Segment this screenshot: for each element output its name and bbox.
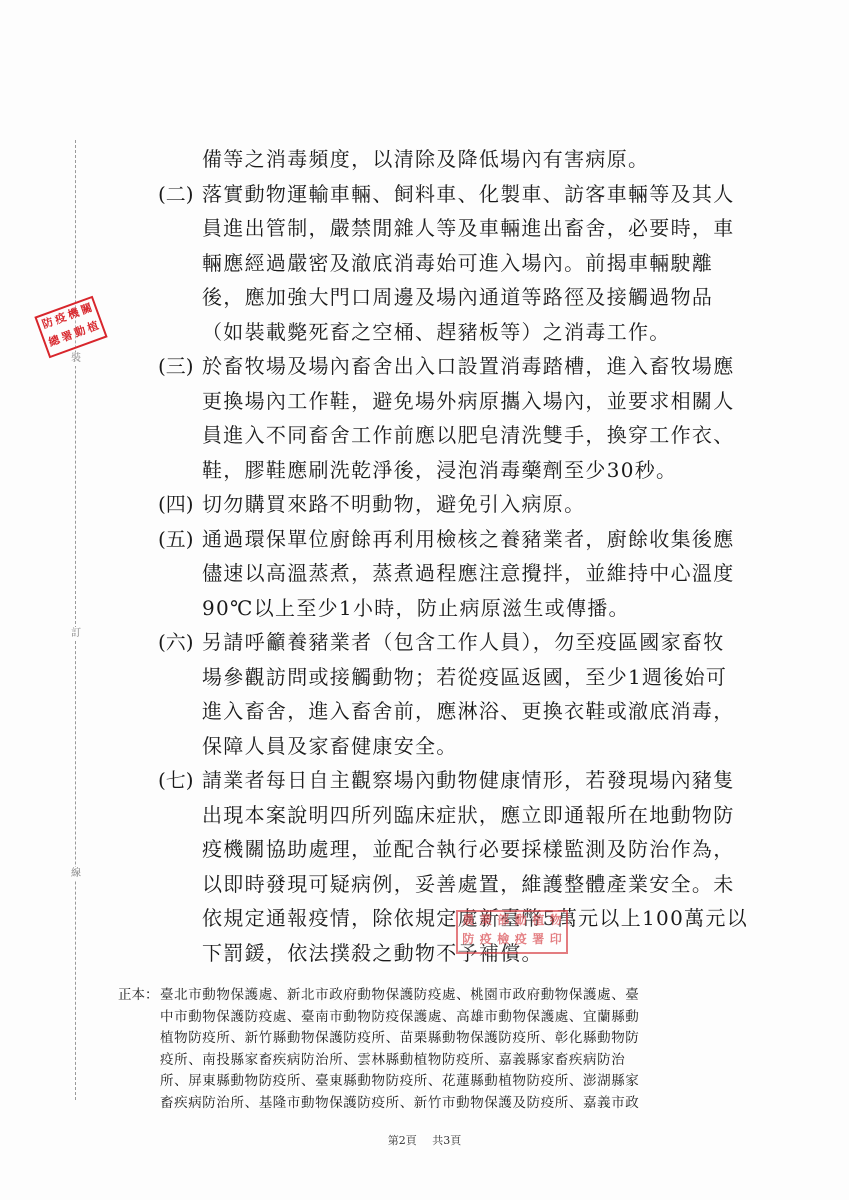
text-line: 員進出管制，嚴禁閒雜人等及車輛進出畜舍，必要時，車 xyxy=(158,211,758,246)
seal-char: 農 xyxy=(460,914,477,932)
list-item-start: (三)於畜牧場及場內畜舍出入口設置消毒踏槽，進入畜牧場應 xyxy=(158,349,758,384)
seal-char: 業 xyxy=(478,914,495,932)
text-line: 場參觀訪問或接觸動物；若從疫區返國，至少1週後始可 xyxy=(158,660,758,695)
text-line: （如裝載斃死畜之空桶、趕豬板等）之消毒工作。 xyxy=(158,315,758,350)
line-text: 請業者每日自主觀察場內動物健康情形，若發現場內豬隻 xyxy=(202,768,735,792)
cc-line: 植物防疫所、新竹縣動物保護防疫所、苗栗縣動物保護防疫所、彰化縣動物防 xyxy=(118,1028,758,1050)
seal-char: 防 xyxy=(460,933,477,951)
seal-char: 署 xyxy=(530,933,547,951)
line-text: 於畜牧場及場內畜舍出入口設置消毒踏槽，進入畜牧場應 xyxy=(202,354,735,378)
cc-line: 疫所、南投縣家畜疾病防治所、雲林縣動植物防疫所、嘉義縣家畜疾病防治 xyxy=(118,1050,758,1072)
line-text: 疫機關協助處理，並配合執行必要採樣監測及防治作為， xyxy=(202,837,735,861)
seal-stamp-left: 防 疫 機 關 總 署 動 植 xyxy=(34,296,107,359)
text-line: 鞋，膠鞋應刷洗乾淨後，浸泡消毒藥劑至少30秒。 xyxy=(158,453,758,488)
line-text: 出現本案說明四所列臨床症狀，應立即通報所在地動物防 xyxy=(202,803,735,827)
page-current: 第2頁 xyxy=(388,1134,417,1147)
cc-line: 畜疾病防治所、基隆市動物保護防疫所、新竹市動物保護及防疫所、嘉義市政 xyxy=(118,1093,758,1115)
item-number: (六) xyxy=(158,625,202,660)
line-text: 輛應經過嚴密及澈底消毒始可進入場內。前揭車輛駛離 xyxy=(202,251,713,275)
line-text: 儘速以高溫蒸煮，蒸煮過程應注意攪拌，並維持中心溫度 xyxy=(202,561,735,585)
text-line: 儘速以高溫蒸煮，蒸煮過程應注意攪拌，並維持中心溫度 xyxy=(158,556,758,591)
seal-char: 物 xyxy=(548,914,565,932)
seal-char: 動 xyxy=(513,914,530,932)
seal-char: 部 xyxy=(495,914,512,932)
item-number: (四) xyxy=(158,487,202,522)
seal-char: 印 xyxy=(548,933,565,951)
line-text: 員進入不同畜舍工作前應以肥皂清洗雙手，換穿工作衣、 xyxy=(202,423,735,447)
item-number: (五) xyxy=(158,522,202,557)
item-number: (七) xyxy=(158,763,202,798)
cc-line: 所、屏東縣動物防疫所、臺東縣動物防疫所、花蓮縣動植物防疫所、澎湖縣家 xyxy=(118,1071,758,1093)
text-line: 90℃以上至少1小時，防止病原滋生或傳播。 xyxy=(158,591,758,626)
text-line: 更換場內工作鞋，避免場外病原攜入場內，並要求相關人 xyxy=(158,384,758,419)
line-text: 通過環保單位廚餘再利用檢核之養豬業者，廚餘收集後應 xyxy=(202,527,735,551)
list-item-start: (二)落實動物運輸車輛、飼料車、化製車、訪客車輛等及其人 xyxy=(158,177,758,212)
text-line: 備等之消毒頻度，以清除及降低場內有害病原。 xyxy=(158,142,758,177)
binding-line xyxy=(75,140,76,1100)
document-body: 備等之消毒頻度，以清除及降低場內有害病原。(二)落實動物運輸車輛、飼料車、化製車… xyxy=(158,142,758,970)
line-text: 場參觀訪問或接觸動物；若從疫區返國，至少1週後始可 xyxy=(202,665,727,689)
page-number: 第2頁 共3頁 xyxy=(0,1132,849,1148)
text-line: 進入畜舍，進入畜舍前，應淋浴、更換衣鞋或澈底消毒， xyxy=(158,694,758,729)
seal-char: 檢 xyxy=(495,933,512,951)
text-line: 保障人員及家畜健康安全。 xyxy=(158,729,758,764)
line-text: 備等之消毒頻度，以清除及降低場內有害病原。 xyxy=(202,147,649,171)
line-text: 落實動物運輸車輛、飼料車、化製車、訪客車輛等及其人 xyxy=(202,182,735,206)
list-item-start: (五)通過環保單位廚餘再利用檢核之養豬業者，廚餘收集後應 xyxy=(158,522,758,557)
page-total: 共3頁 xyxy=(432,1134,461,1147)
line-text: 切勿購買來路不明動物，避免引入病原。 xyxy=(202,492,585,516)
line-text: 更換場內工作鞋，避免場外病原攜入場內，並要求相關人 xyxy=(202,389,735,413)
text-line: 以即時發現可疑病例，妥善處置，維護整體產業安全。未 xyxy=(158,867,758,902)
binding-mark-xian: 線 xyxy=(68,867,84,881)
list-item-start: (六)另請呼籲養豬業者（包含工作人員），勿至疫區國家畜牧 xyxy=(158,625,758,660)
line-text: （如裝載斃死畜之空桶、趕豬板等）之消毒工作。 xyxy=(202,320,671,344)
text-line: 員進入不同畜舍工作前應以肥皂清洗雙手，換穿工作衣、 xyxy=(158,418,758,453)
line-text: 後，應加強大門口周邊及場內通道等路徑及接觸過物品 xyxy=(202,285,713,309)
seal-char: 疫 xyxy=(513,933,530,951)
seal-char: 疫 xyxy=(478,933,495,951)
line-text: 另請呼籲養豬業者（包含工作人員），勿至疫區國家畜牧 xyxy=(202,630,725,654)
line-text: 鞋，膠鞋應刷洗乾淨後，浸泡消毒藥劑至少30秒。 xyxy=(202,458,677,482)
binding-mark-zhuang: 裝 xyxy=(68,352,84,366)
cc-label: 正本： xyxy=(118,985,160,1007)
text-line: 後，應加強大門口周邊及場內通道等路徑及接觸過物品 xyxy=(158,280,758,315)
line-text: 以即時發現可疑病例，妥善處置，維護整體產業安全。未 xyxy=(202,872,735,896)
line-text: 進入畜舍，進入畜舍前，應淋浴、更換衣鞋或澈底消毒， xyxy=(202,699,735,723)
text-line: 輛應經過嚴密及澈底消毒始可進入場內。前揭車輛駛離 xyxy=(158,246,758,281)
list-item-start: (七)請業者每日自主觀察場內動物健康情形，若發現場內豬隻 xyxy=(158,763,758,798)
list-item-start: (四)切勿購買來路不明動物，避免引入病原。 xyxy=(158,487,758,522)
line-text: 保障人員及家畜健康安全。 xyxy=(202,734,458,758)
text-line: 疫機關協助處理，並配合執行必要採樣監測及防治作為， xyxy=(158,832,758,867)
item-number: (三) xyxy=(158,349,202,384)
cc-line: 臺北市動物保護處、新北市政府動物保護防疫處、桃園市政府動物保護處、臺 xyxy=(118,985,758,1007)
text-line: 出現本案說明四所列臨床症狀，應立即通報所在地動物防 xyxy=(158,798,758,833)
cc-recipients: 正本： 臺北市動物保護處、新北市政府動物保護防疫處、桃園市政府動物保護處、臺 中… xyxy=(118,985,758,1114)
item-number: (二) xyxy=(158,177,202,212)
cc-line: 中市動物保護防疫處、臺南市動物防疫保護處、高雄市動物保護處、宜蘭縣動 xyxy=(118,1007,758,1029)
binding-mark-ding: 訂 xyxy=(68,627,84,641)
line-text: 90℃以上至少1小時，防止病原滋生或傳播。 xyxy=(202,596,630,620)
seal-stamp-official: 農 業 部 動 植 物 防 疫 檢 疫 署 印 xyxy=(456,910,568,954)
seal-char: 植 xyxy=(530,914,547,932)
line-text: 員進出管制，嚴禁閒雜人等及車輛進出畜舍，必要時，車 xyxy=(202,216,735,240)
